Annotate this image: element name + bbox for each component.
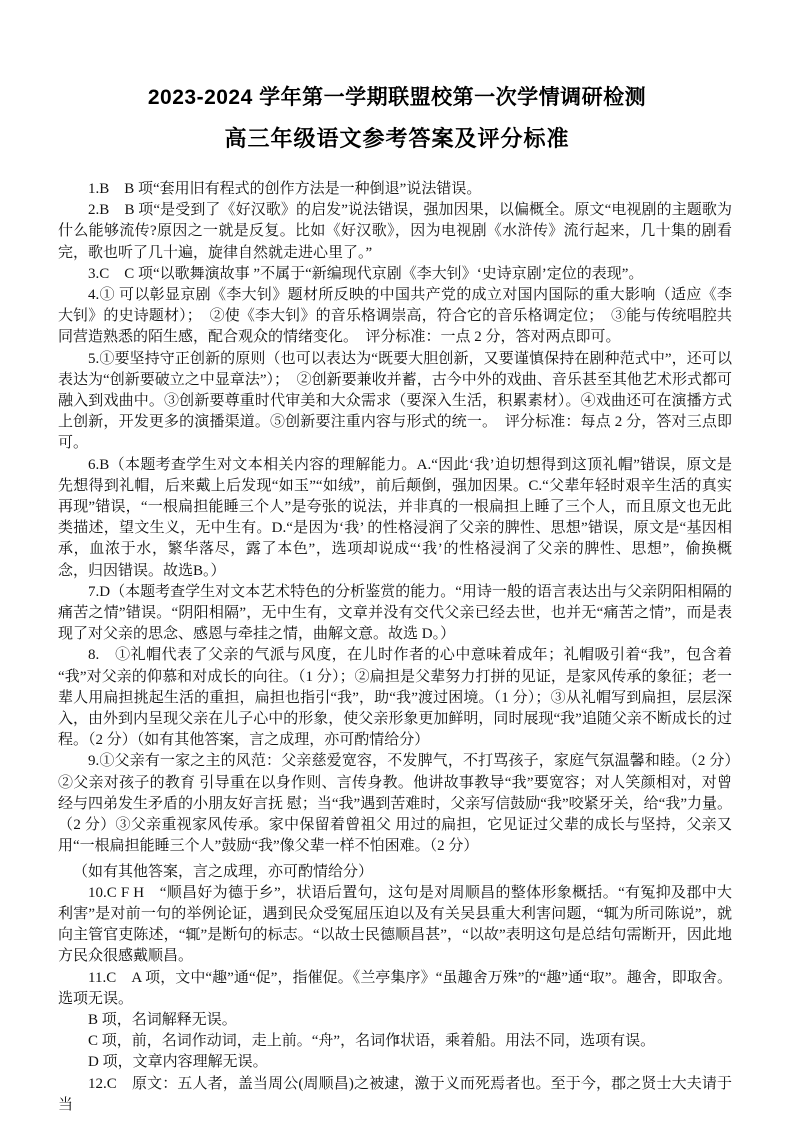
answer-item-9: 9.①父亲有一家之主的风范：父亲慈爱宽容，不发脾气，不打骂孩子，家庭气氛温馨和睦… [58,751,732,857]
answer-item-7: 7.D（本题考查学生对文本艺术特色的分析鉴赏的能力。“用诗一般的语言表达出与父亲… [58,582,732,646]
answer-item-5: 5.①要坚持守正创新的原则（也可以表达为“既要大胆创新，又要谨慎保持在剧种范式中… [58,349,732,455]
document-page: 2023-2024 学年第一学期联盟校第一次学情调研检测 高三年级语文参考答案及… [0,0,794,1123]
answer-item-10: 10.C F H “顺昌好为德于乡”，状语后置句，这句是对周顺昌的整体形象概括。… [58,883,732,968]
answer-key-body: 1.B B 项“套用旧有程式的创作方法是一种倒退”说法错误。 2.B B 项“是… [58,179,732,1116]
answer-item-4: 4.① 可以彰显京剧《李大钊》题材所反映的中国共产党的成立对国内国际的重大影响（… [58,285,732,349]
answer-item-6: 6.B（本题考查学生对文本相关内容的理解能力。A.“因此‘我’迫切想得到这顶礼帽… [58,455,732,582]
answer-item-2: 2.B B 项“是受到了《好汉歌》的启发”说法错误，强加因果，以偏概全。原文“电… [58,200,732,264]
answer-item-11: 11.C A 项，文中“趣”通“促”，指催促。《兰亭集序》“虽趣舍万殊”的“趣”… [58,968,732,1010]
answer-item-9-note: （如有其他答案，言之成理，亦可酌情给分） [58,862,732,883]
document-subtitle: 高三年级语文参考答案及评分标准 [0,125,794,152]
answer-item-3: 3.C C 项“以歌舞演故事 ”不属于“新编现代京剧《李大钊》‘史诗京剧’定位的… [58,264,732,285]
page-number: 1 [0,1033,794,1049]
document-title: 2023-2024 学年第一学期联盟校第一次学情调研检测 [0,0,794,110]
answer-item-11-option-b: B 项，名词解释无误。 [58,1010,732,1031]
answer-item-11-option-d: D 项，文章内容理解无误。 [58,1052,732,1073]
answer-item-12: 12.C 原文：五人者，盖当周公(周顺昌)之被逮，激于义而死焉者也。至于今，郡之… [58,1074,732,1116]
answer-item-1: 1.B B 项“套用旧有程式的创作方法是一种倒退”说法错误。 [58,179,732,200]
answer-item-8: 8. ①礼帽代表了父亲的气派与风度，在儿时作者的心中意味着成年；礼帽吸引着“我”… [58,645,732,751]
